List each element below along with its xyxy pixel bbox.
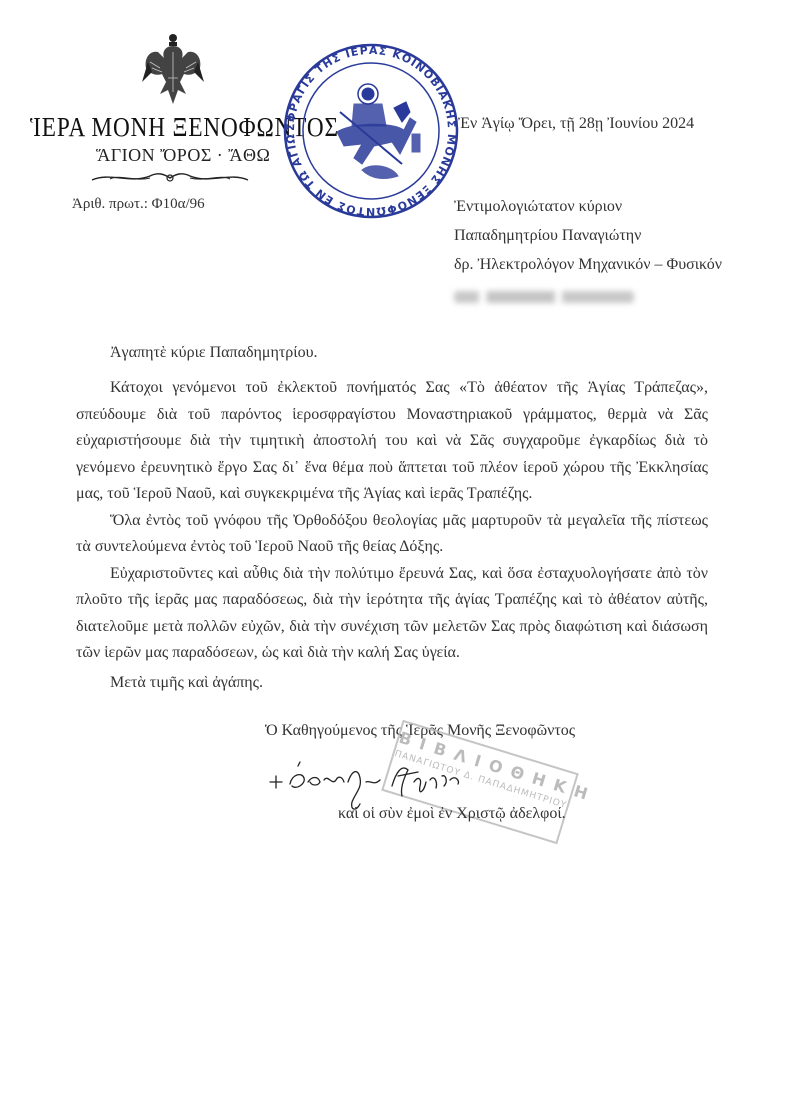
protocol-number: Ἀριθ. πρωτ.: Φ10α/96 (72, 196, 205, 213)
recipient-line: Ἐντιμολογιώτατον κύριον (454, 198, 722, 227)
body-paragraph: Κάτοχοι γενόμενοι τοῦ ἐκλεκτοῦ πονήματός… (76, 375, 708, 508)
ornament-divider-icon (90, 170, 250, 186)
monastery-name: ἹΕΡΑ ΜΟΝΗ ΞΕΝΟΦΩΝΤΟΣ (30, 112, 305, 143)
double-headed-eagle-icon (140, 32, 206, 108)
greeting: Ἀγαπητὲ κύριε Παπαδημητρίου. (110, 344, 317, 362)
body-paragraph: Εὐχαριστοῦντες καὶ αὖθις διὰ τὴν πολύτιμ… (76, 561, 708, 667)
letter-body: Κάτοχοι γενόμενοι τοῦ ἐκλεκτοῦ πονήματός… (76, 375, 708, 667)
recipient-address-redacted (454, 285, 722, 314)
monastery-seal-icon: ΣΦΡΑΓΙΣ ΤΗΣ ΙΕΡΑΣ ΚΟΙΝΟΒΙΑΚΗΣ ΜΟΝΗΣ ΞΕΝΟ… (282, 42, 460, 220)
recipient-line: Παπαδημητρίου Παναγιώτην (454, 227, 722, 256)
body-paragraph: Ὅλα ἐντὸς τοῦ γνόφου τῆς Ὀρθοδόξου θεολο… (76, 508, 708, 561)
recipient-block: Ἐντιμολογιώτατον κύριον Παπαδημητρίου Πα… (454, 198, 722, 314)
closing-line: Μετὰ τιμῆς καὶ ἀγάπης. (110, 674, 263, 692)
monastery-location: ἍΓΙΟΝ ὌΡΟΣ · ἌΘΩ (96, 145, 270, 166)
recipient-line: δρ. Ἠλεκτρολόγον Μηχανικόν – Φυσικόν (454, 256, 722, 285)
brothers-line: καὶ οἱ σὺν ἐμοὶ ἐν Χριστῷ ἀδελφοί. (338, 805, 566, 823)
date-line: Ἐν Ἁγίῳ Ὄρει, τῇ 28ῃ Ἰουνίου 2024 (458, 115, 694, 133)
